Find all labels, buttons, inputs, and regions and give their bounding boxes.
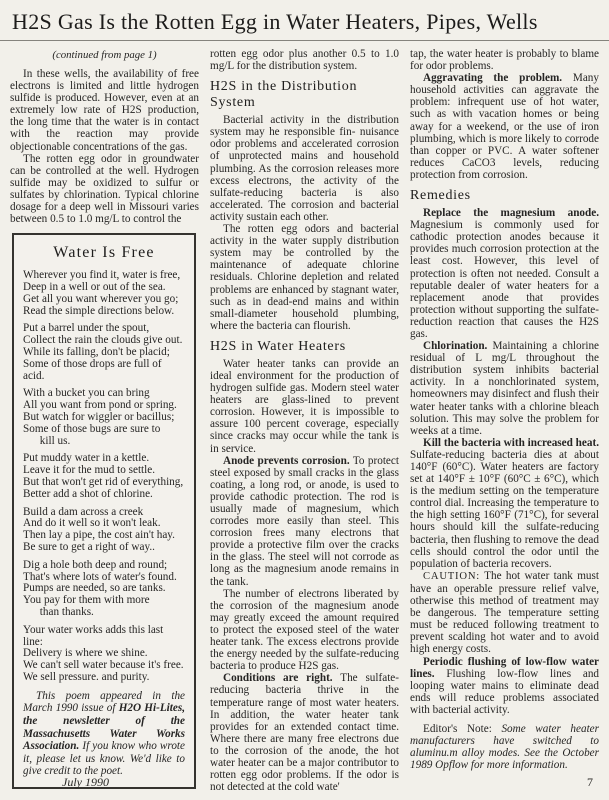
editors-note-label: Editor's Note: <box>423 723 492 735</box>
heading-remedies: Remedies <box>410 188 599 204</box>
runin-heading-replace-anode: Replace the magnesium anode. <box>423 207 599 219</box>
poem-stanza: With a bucket you can bring All you want… <box>23 388 185 447</box>
paragraph-chlorination: Chlorination. Maintaining a chlorine res… <box>410 340 599 437</box>
paragraph-anode-prevents-corrosion: Anode prevents corrosion. To protect ste… <box>210 455 399 588</box>
runin-heading-chlorination: Chlorination. <box>423 340 487 352</box>
paragraph-aggravating-problem: Aggravating the problem. Many household … <box>410 72 599 181</box>
poem-title: Water Is Free <box>23 244 185 262</box>
column-3: tap, the water heater is probably to bla… <box>410 48 599 771</box>
paragraph-kill-bacteria-heat: Kill the bacteria with increased heat. S… <box>410 437 599 570</box>
poem-credit: This poem appeared in the March 1990 iss… <box>23 690 185 778</box>
paragraph-periodic-flushing-text: Flushing low-flow lines and looping wate… <box>410 668 599 716</box>
paragraph-odor-control: The rotten egg odor in groundwater can b… <box>10 153 199 226</box>
paragraph-chlorine-residuals: The rotten egg odors and bacterial activ… <box>210 223 399 332</box>
poem-stanza: Put a barrel under the spout, Collect th… <box>23 323 185 382</box>
paragraph-conditions-text: The sulfate-reducing bacteria thrive in … <box>210 672 399 793</box>
runin-heading-caution: CAUTION: <box>423 571 480 582</box>
paragraph-caution-text: The hot water tank must have an operable… <box>410 570 599 656</box>
article-columns: (continued from page 1) In these wells, … <box>0 48 609 793</box>
paragraph-caution: CAUTION: The hot water tank must have an… <box>410 570 599 656</box>
paragraph-water-heater-tanks: Water heater tanks can provide an ideal … <box>210 358 399 455</box>
runin-heading-anode: Anode prevents corrosion. <box>223 455 350 467</box>
heading-h2s-water-heaters: H2S in Water Heaters <box>210 339 399 355</box>
column-1: (continued from page 1) In these wells, … <box>10 48 199 789</box>
column-2: rotten egg odor plus another 0.5 to 1.0 … <box>210 48 399 793</box>
poem-stanza: Wherever you find it, water is free, Dee… <box>23 270 185 317</box>
runin-heading-kill-bacteria: Kill the bacteria with increased heat. <box>423 437 599 449</box>
title-rule <box>0 40 609 41</box>
continued-from-note: (continued from page 1) <box>10 49 199 61</box>
paragraph-anode-text: To protect steel exposed by small cracks… <box>210 455 399 588</box>
paragraph-wells-availability: In these wells, the availability of free… <box>10 68 199 153</box>
paragraph-replace-anode-text: Magnesium is commonly used for cathodic … <box>410 219 599 340</box>
paragraph-periodic-flushing: Periodic flushing of low-flow water line… <box>410 656 599 716</box>
paragraph-tap-blame: tap, the water heater is probably to bla… <box>410 48 599 72</box>
heading-h2s-distribution-system: H2S in the Distribution System <box>210 79 399 111</box>
paragraph-electrons-liberated: The number of electrons liberated by the… <box>210 588 399 673</box>
paragraph-editors-note: Editor's Note: Some water heater manufac… <box>410 723 599 771</box>
newsletter-page: H2S Gas Is the Rotten Egg in Water Heate… <box>0 0 609 800</box>
paragraph-chlorination-text: Maintaining a chlorine residual of L mg/… <box>410 340 599 437</box>
poem-stanza: Build a dam across a creek And do it wel… <box>23 507 185 554</box>
runin-heading-conditions: Conditions are right. <box>223 672 333 684</box>
paragraph-bacterial-activity: Bacterial activity in the distribution s… <box>210 114 399 223</box>
poem-stanza: Your water works adds this last line: De… <box>23 625 185 684</box>
page-title: H2S Gas Is the Rotten Egg in Water Heate… <box>0 0 609 38</box>
poem-stanza: Dig a hole both deep and round; That's w… <box>23 560 185 619</box>
paragraph-replace-anode: Replace the magnesium anode. Magnesium i… <box>410 207 599 340</box>
paragraph-kill-bacteria-text: Sulfate-reducing bacteria dies at about … <box>410 449 599 570</box>
paragraph-conditions-are-right: Conditions are right. The sulfate-reduci… <box>210 672 399 793</box>
poem-stanza: Put muddy water in a kettle. Leave it fo… <box>23 453 185 500</box>
paragraph-aggravating-text: Many household activities can aggravate … <box>410 72 599 181</box>
runin-heading-aggravating: Aggravating the problem. <box>423 72 562 84</box>
poem-box: Water Is Free Wherever you find it, wate… <box>12 233 196 789</box>
paragraph-distribution-dosage: rotten egg odor plus another 0.5 to 1.0 … <box>210 48 399 72</box>
